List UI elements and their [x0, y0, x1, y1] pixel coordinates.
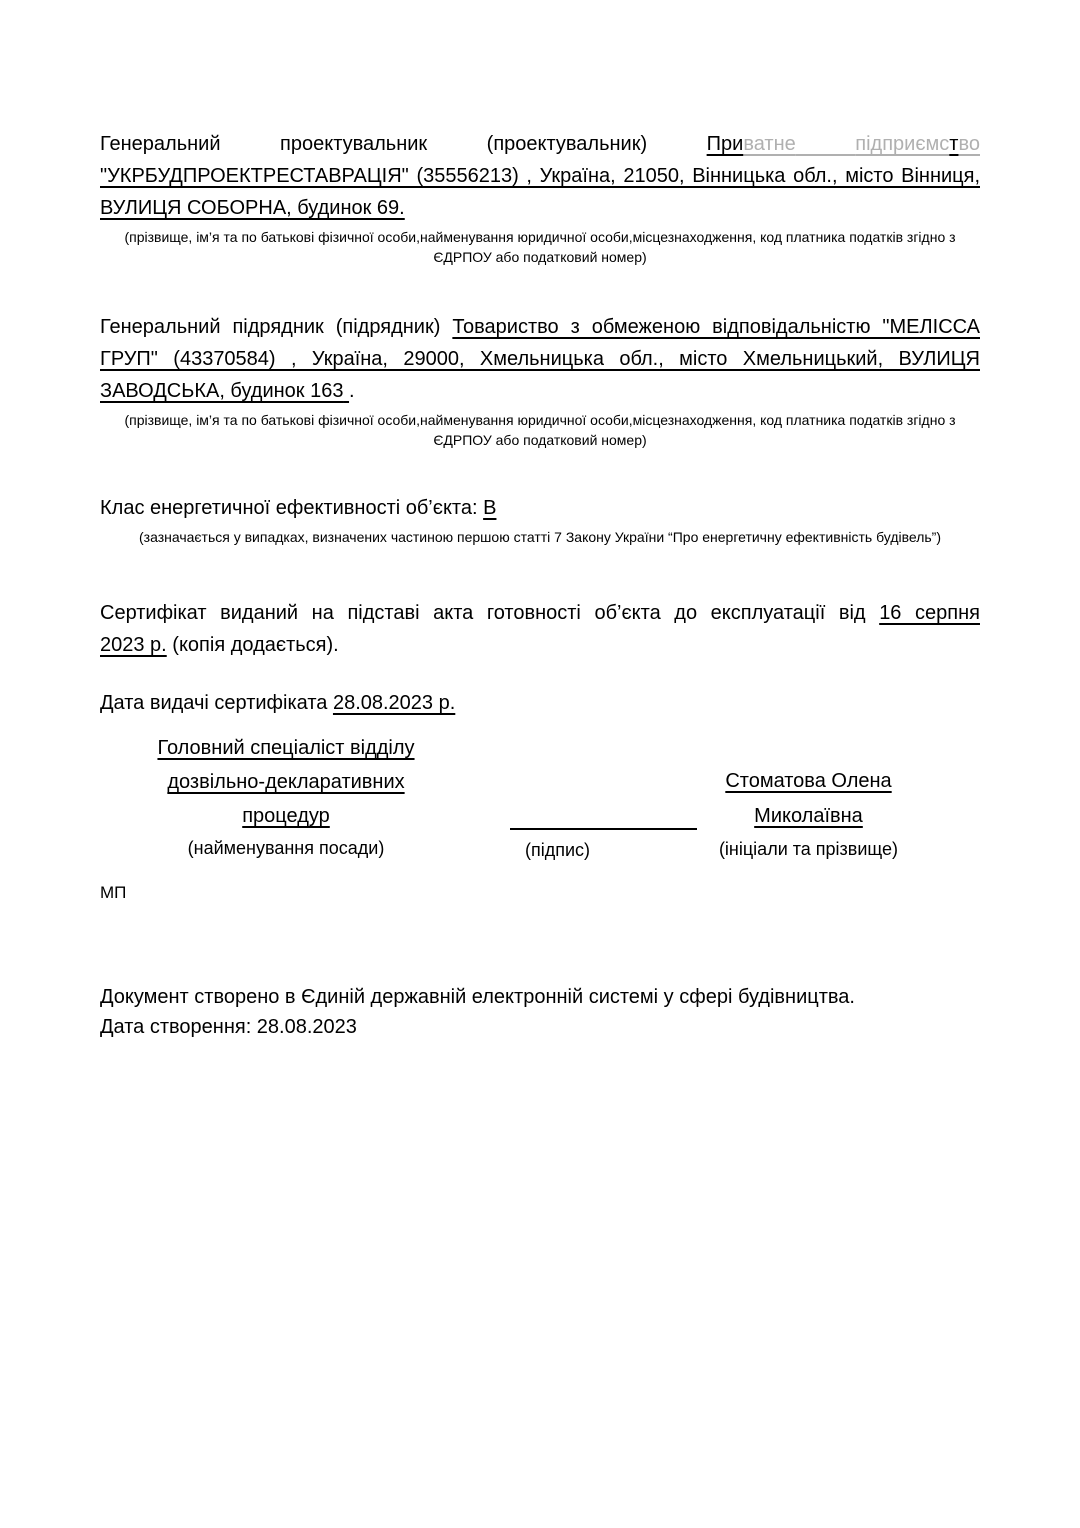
- name-text-1: Стоматова Олена: [725, 770, 891, 792]
- footer-line-1: Документ створено в Єдиній державній еле…: [100, 982, 980, 1012]
- designer-line-3: ВУЛИЦЯ СОБОРНА, будинок 69.: [100, 192, 980, 224]
- contractor-line-3: ЗАВОДСЬКА, будинок 163 .: [100, 375, 980, 407]
- issue-date-value: 28.08.2023 р.: [333, 692, 455, 714]
- signature-line-column: (підпис): [472, 731, 697, 862]
- contractor-company-address-2: ЗАВОДСЬКА, будинок 163: [100, 380, 349, 402]
- designer-line-1: Генеральний проектувальник (проектувальн…: [100, 128, 980, 160]
- contractor-line-2: ГРУП" (43370584) , Україна, 29000, Хмель…: [100, 343, 980, 375]
- issue-date-label: Дата видачі сертифіката: [100, 692, 327, 714]
- position-caption: (найменування посади): [100, 835, 472, 861]
- designer-value-gray-1: ватне: [743, 133, 795, 155]
- name-text-2: Миколаївна: [754, 805, 863, 827]
- designer-line-2: "УКРБУДПРОЕКТРЕСТАВРАЦІЯ" (35556213) , У…: [100, 160, 980, 192]
- certificate-line-2: 2023 р. (копія додається).: [100, 629, 980, 661]
- document-page: Генеральний проектувальник (проектувальн…: [0, 0, 1080, 1528]
- contractor-company-name: Товариство з обмеженою відповідальністю …: [452, 316, 980, 338]
- energy-class-note: (зазначається у випадках, визначених час…: [100, 527, 980, 547]
- contractor-line-1: Генеральний підрядник (підрядник) Товари…: [100, 311, 980, 343]
- contractor-company-address-1: ГРУП" (43370584) , Україна, 29000, Хмель…: [100, 348, 980, 370]
- contractor-note: (прізвище, ім’я та по батькові фізичної …: [100, 410, 980, 450]
- designer-label: Генеральний проектувальник (проектувальн…: [100, 133, 647, 155]
- designer-value-placeholder: Приватне підприємство: [707, 133, 980, 155]
- energy-class-value: В: [483, 497, 496, 519]
- name-caption: (ініціали та прізвище): [697, 836, 920, 862]
- signature-position-column: Головний спеціаліст відділу дозвільно-де…: [100, 731, 472, 861]
- designer-note-line-2: ЄДРПОУ або податковий номер): [100, 247, 980, 267]
- signature-block: Головний спеціаліст відділу дозвільно-де…: [100, 731, 980, 862]
- certificate-date-part-1: 16 серпня: [879, 602, 980, 624]
- contractor-line-3-period: .: [349, 380, 355, 402]
- designer-value-typed-prefix: При: [707, 133, 744, 155]
- certificate-line-1: Сертифікат виданий на підставі акта гото…: [100, 597, 980, 629]
- contractor-label: Генеральний підрядник (підрядник): [100, 316, 440, 338]
- signature-name-column: Стоматова Олена Миколаївна (ініціали та …: [697, 731, 980, 862]
- position-text-2: дозвільно-декларативних: [167, 771, 404, 793]
- certificate-basis-paragraph: Сертифікат виданий на підставі акта гото…: [100, 597, 980, 661]
- general-designer-paragraph: Генеральний проектувальник (проектувальн…: [100, 128, 980, 267]
- signature-caption: (підпис): [525, 838, 697, 862]
- footer-block: Документ створено в Єдиній державній еле…: [100, 982, 980, 1042]
- name-line-1: Стоматова Олена: [697, 764, 920, 799]
- energy-class-label: Клас енергетичної ефективності об’єкта:: [100, 497, 478, 519]
- certificate-text: Сертифікат виданий на підставі акта гото…: [100, 602, 866, 624]
- issue-date-line: Дата видачі сертифіката 28.08.2023 р.: [100, 687, 980, 719]
- name-line-2: Миколаївна: [697, 799, 920, 834]
- designer-value-gray-3: во: [958, 133, 980, 155]
- designer-note-line-1: (прізвище, ім’я та по батькові фізичної …: [100, 227, 980, 247]
- position-text-1: Головний спеціаліст відділу: [157, 737, 414, 759]
- designer-company-address-1: "УКРБУДПРОЕКТРЕСТАВРАЦІЯ" (35556213) , У…: [100, 165, 980, 187]
- position-line-2: дозвільно-декларативних: [100, 765, 472, 799]
- position-text-3: процедур: [242, 805, 330, 827]
- contractor-note-line-1: (прізвище, ім’я та по батькові фізичної …: [100, 410, 980, 430]
- energy-class-line: Клас енергетичної ефективності об’єкта: …: [100, 492, 980, 524]
- stamp-mark: МП: [100, 881, 980, 905]
- position-line-3: процедур: [100, 799, 472, 833]
- contractor-address-text: ЗАВОДСЬКА, будинок 163: [100, 380, 343, 402]
- certificate-copy-note: (копія додається).: [172, 634, 338, 656]
- designer-note: (прізвище, ім’я та по батькові фізичної …: [100, 227, 980, 267]
- signature-rule: [510, 731, 697, 830]
- designer-value-gray-2: підприємс: [855, 133, 949, 155]
- general-contractor-paragraph: Генеральний підрядник (підрядник) Товари…: [100, 311, 980, 450]
- energy-class-block: Клас енергетичної ефективності об’єкта: …: [100, 492, 980, 547]
- certificate-date-part-2: 2023 р.: [100, 634, 167, 656]
- footer-line-2: Дата створення: 28.08.2023: [100, 1012, 980, 1042]
- position-line-1: Головний спеціаліст відділу: [100, 731, 472, 765]
- contractor-note-line-2: ЄДРПОУ або податковий номер): [100, 430, 980, 450]
- designer-company-address-2: ВУЛИЦЯ СОБОРНА, будинок 69.: [100, 197, 405, 219]
